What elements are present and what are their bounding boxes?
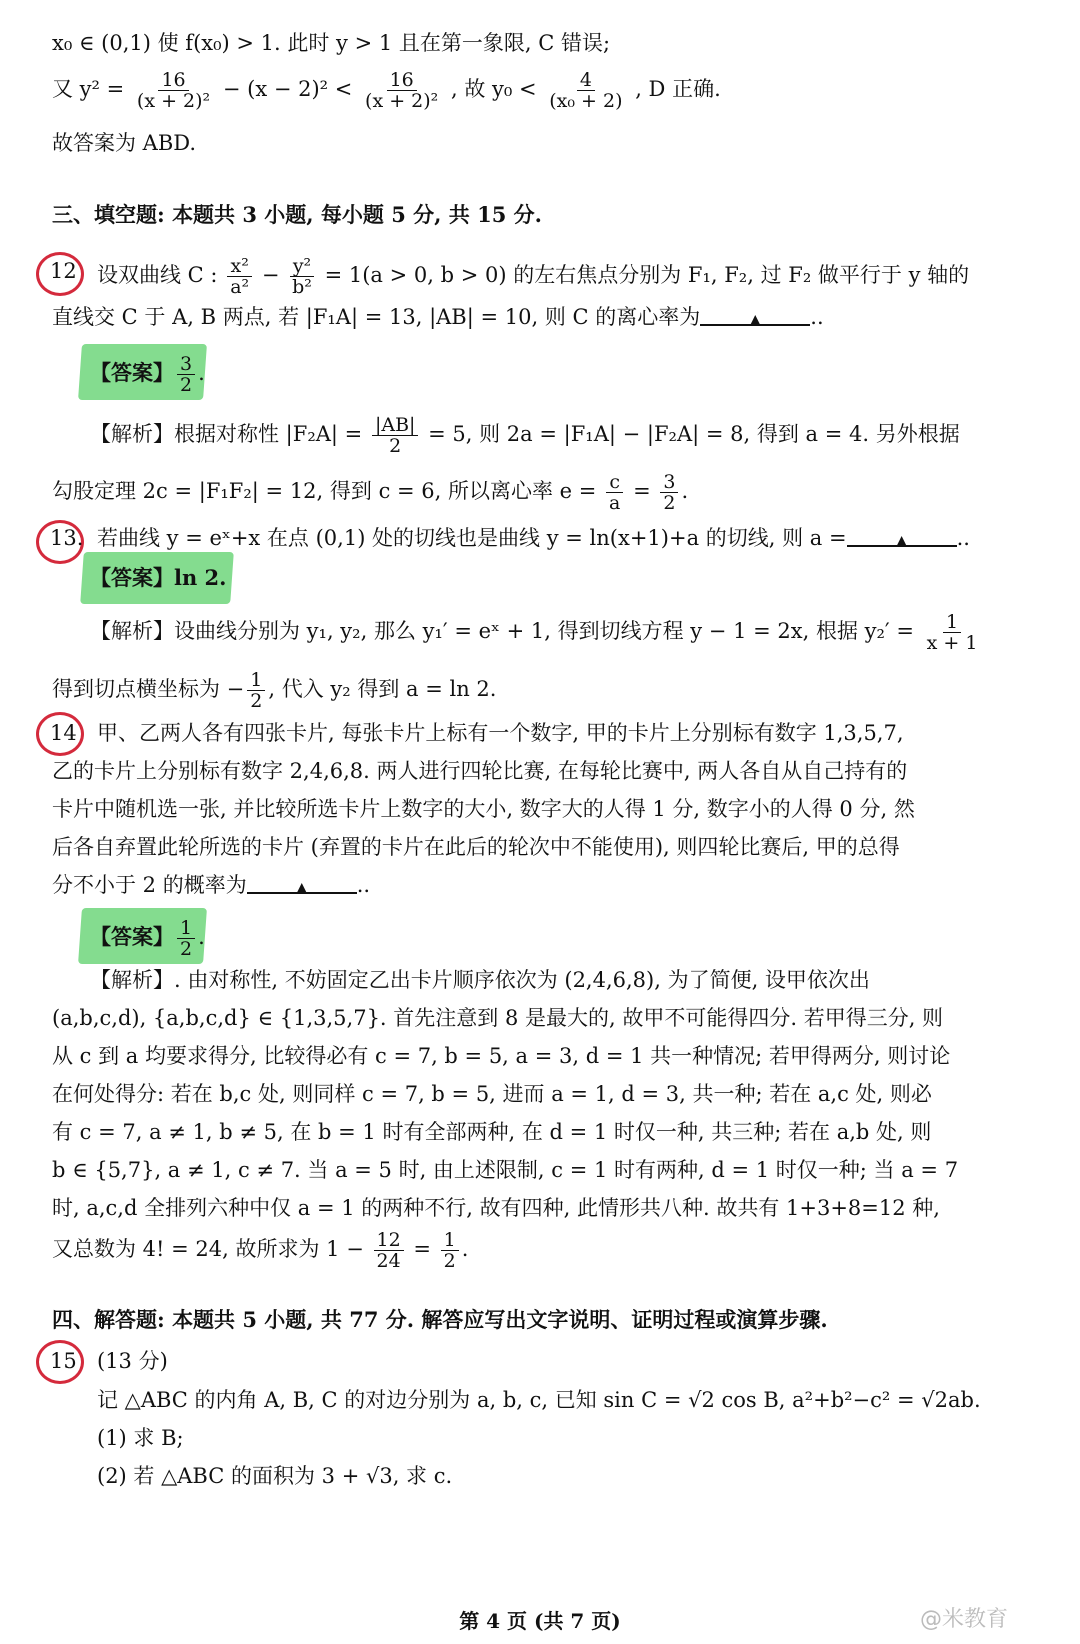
answer-blank: ▲ [700, 302, 810, 326]
fraction: 16(x + 2)² [134, 70, 213, 111]
q14-stem-line-4: 后各自弃置此轮所选的卡片 (弃置的卡片在此后的轮次中不能使用), 则四轮比赛后,… [52, 832, 900, 862]
text: = [413, 1237, 431, 1261]
text: 分不小于 2 的概率为 [52, 873, 247, 897]
prev-solution-line-3: 故答案为 ABD. [52, 128, 196, 158]
page-number: 第 4 页 (共 7 页) [0, 1605, 1080, 1634]
text: . [198, 361, 205, 385]
q14-analysis-line-3: 从 c 到 a 均要求得分, 比较得必有 c = 7, b = 5, a = 3… [52, 1041, 950, 1071]
q14-analysis-line-4: 在何处得分: 若在 b,c 处, 则同样 c = 7, b = 5, 进而 a … [52, 1079, 932, 1109]
text: , 故 y₀ < [451, 77, 537, 101]
text: .. [957, 526, 970, 550]
q15-stem: 记 △ABC 的内角 A, B, C 的对边分别为 a, b, c, 已知 si… [97, 1385, 981, 1415]
text: 得到切点横坐标为 − [52, 677, 244, 701]
text: 又 y² = [52, 77, 124, 101]
text: 【解析】根据对称性 |F₂A| = [90, 422, 362, 446]
text: 若曲线 y = eˣ+x 在点 (0,1) 处的切线也是曲线 y = ln(x+… [97, 526, 847, 550]
triangle-icon: ▲ [296, 880, 307, 896]
fraction: 1224 [374, 1230, 404, 1271]
q14-analysis-line-6: b ∈ {5,7}, a ≠ 1, c ≠ 7. 当 a = 5 时, 由上述限… [52, 1155, 958, 1185]
q14-analysis-line-1: 【解析】. 由对称性, 不妨固定乙出卡片顺序依次为 (2,4,6,8), 为了简… [90, 965, 870, 995]
q12-analysis-line-2: 勾股定理 2c = |F₁F₂| = 12, 得到 c = 6, 所以离心率 e… [52, 472, 688, 513]
q14-analysis-line-7: 时, a,c,d 全排列六种中仅 a = 1 的两种不行, 故有四种, 此情形共… [52, 1193, 940, 1223]
q14-answer: 【答案】12. [90, 918, 205, 959]
question-number: 12 [50, 256, 77, 286]
text: = [633, 479, 651, 503]
text: . [198, 925, 205, 949]
q13-stem: 若曲线 y = eˣ+x 在点 (0,1) 处的切线也是曲线 y = ln(x+… [97, 523, 970, 553]
text: , 代入 y₂ 得到 a = ln 2. [268, 677, 496, 701]
q12-stem-line-1: 设双曲线 C : x²a² − y²b² = 1(a > 0, b > 0) 的… [97, 256, 969, 297]
text: , D 正确. [635, 77, 721, 101]
fraction: 16(x + 2)² [362, 70, 441, 111]
text: = 1(a > 0, b > 0) 的左右焦点分别为 F₁, F₂, 过 F₂ … [325, 263, 970, 287]
q14-stem-line-5: 分不小于 2 的概率为▲.. [52, 870, 370, 900]
fraction: 12 [177, 918, 195, 959]
fraction: 12 [247, 670, 265, 711]
text: 【解析】设曲线分别为 y₁, y₂, 那么 y₁′ = eˣ + 1, 得到切线… [90, 619, 914, 643]
q13-analysis-line-2: 得到切点横坐标为 −12, 代入 y₂ 得到 a = ln 2. [52, 670, 496, 711]
q14-analysis-line-8: 又总数为 4! = 24, 故所求为 1 − 1224 = 12. [52, 1230, 468, 1271]
text: 又总数为 4! = 24, 故所求为 1 − [52, 1237, 364, 1261]
fraction: 12 [441, 1230, 459, 1271]
q12-stem-line-2: 直线交 C 于 A, B 两点, 若 |F₁A| = 13, |AB| = 10… [52, 302, 824, 332]
question-number: 15 [50, 1346, 77, 1376]
question-number: 13. [50, 523, 83, 553]
q12-analysis-line-1: 【解析】根据对称性 |F₂A| = |AB|2 = 5, 则 2a = |F₁A… [90, 415, 960, 456]
q13-answer: 【答案】ln 2. [90, 563, 226, 593]
text: 直线交 C 于 A, B 两点, 若 |F₁A| = 13, |AB| = 10… [52, 305, 700, 329]
section-4-heading: 四、解答题: 本题共 5 小题, 共 77 分. 解答应写出文字说明、证明过程或… [52, 1305, 828, 1335]
prev-solution-line-1: x₀ ∈ (0,1) 使 f(x₀) > 1. 此时 y > 1 且在第一象限,… [52, 28, 610, 58]
q14-stem-line-2: 乙的卡片上分别标有数字 2,4,6,8. 两人进行四轮比赛, 在每轮比赛中, 两… [52, 756, 907, 786]
text: .. [357, 873, 370, 897]
answer-label: 【答案】 [90, 924, 174, 949]
text: − [262, 263, 280, 287]
question-number: 14 [50, 718, 77, 748]
fraction: ca [606, 472, 623, 513]
q15-part-1: (1) 求 B; [97, 1423, 184, 1453]
triangle-icon: ▲ [750, 312, 761, 328]
fraction: 1x + 1 [924, 612, 981, 653]
text: = 5, 则 2a = |F₁A| − |F₂A| = 8, 得到 a = 4.… [428, 422, 960, 446]
q15-part-2: (2) 若 △ABC 的面积为 3 + √3, 求 c. [97, 1461, 452, 1491]
text: . [681, 479, 688, 503]
watermark: @米教育 [920, 1602, 1008, 1633]
q14-stem-line-1: 甲、乙两人各有四张卡片, 每张卡片上标有一个数字, 甲的卡片上分别标有数字 1,… [97, 718, 904, 748]
fraction: 32 [660, 472, 678, 513]
text: .. [810, 305, 823, 329]
q15-points: (13 分) [97, 1346, 168, 1376]
section-3-heading: 三、填空题: 本题共 3 小题, 每小题 5 分, 共 15 分. [52, 200, 542, 230]
fraction: x²a² [227, 256, 252, 297]
answer-blank: ▲ [847, 523, 957, 547]
fraction: 4(x₀ + 2) [546, 70, 625, 111]
q14-analysis-line-5: 有 c = 7, a ≠ 1, b ≠ 5, 在 b = 1 时有全部两种, 在… [52, 1117, 931, 1147]
answer-blank: ▲ [247, 870, 357, 894]
text: 设双曲线 C : [97, 263, 218, 287]
text: 勾股定理 2c = |F₁F₂| = 12, 得到 c = 6, 所以离心率 e… [52, 479, 596, 503]
text: . [462, 1237, 469, 1261]
fraction: 32 [177, 354, 195, 395]
fraction: y²b² [289, 256, 315, 297]
q14-stem-line-3: 卡片中随机选一张, 并比较所选卡片上数字的大小, 数字大的人得 1 分, 数字小… [52, 794, 915, 824]
q12-answer: 【答案】32. [90, 354, 205, 395]
text: − (x − 2)² < [223, 77, 353, 101]
fraction: |AB|2 [372, 415, 419, 456]
triangle-icon: ▲ [896, 533, 907, 549]
prev-solution-line-2: 又 y² = 16(x + 2)² − (x − 2)² < 16(x + 2)… [52, 70, 721, 111]
answer-label: 【答案】 [90, 360, 174, 385]
q14-analysis-line-2: (a,b,c,d), {a,b,c,d} ∈ {1,3,5,7}. 首先注意到 … [52, 1003, 943, 1033]
q13-analysis-line-1: 【解析】设曲线分别为 y₁, y₂, 那么 y₁′ = eˣ + 1, 得到切线… [90, 612, 983, 653]
